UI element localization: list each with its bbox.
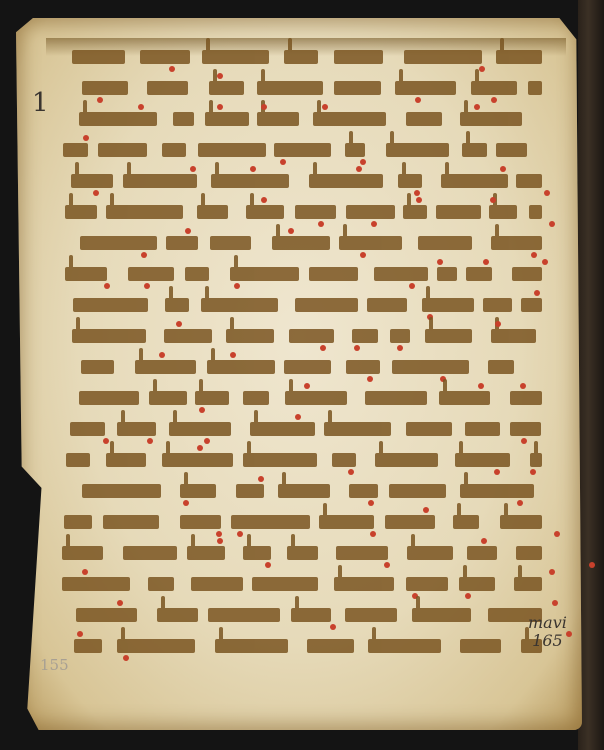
red-dot (370, 531, 376, 537)
red-dot (360, 252, 366, 258)
red-dot (437, 259, 443, 265)
red-dot (230, 352, 236, 358)
kufic-word (205, 112, 249, 126)
kufic-word (81, 360, 115, 374)
text-line (62, 42, 552, 73)
kufic-word (123, 546, 177, 560)
kufic-word (334, 577, 395, 591)
kufic-word (339, 236, 402, 250)
kufic-word (313, 112, 385, 126)
kufic-word (128, 267, 174, 281)
kufic-word (135, 360, 196, 374)
kufic-word (63, 143, 88, 157)
kufic-word (496, 50, 542, 64)
kufic-word (73, 298, 148, 312)
red-dot (304, 383, 310, 389)
kufic-word (395, 81, 456, 95)
red-dot (409, 283, 415, 289)
kufic-word (64, 515, 91, 529)
kufic-word (295, 298, 357, 312)
kufic-word (274, 143, 331, 157)
kufic-word (319, 515, 374, 529)
red-dot (138, 104, 144, 110)
kufic-word (392, 360, 469, 374)
kufic-word (257, 81, 323, 95)
kufic-word (72, 329, 145, 343)
red-dot (397, 345, 403, 351)
text-line (62, 104, 552, 135)
red-dot (147, 438, 153, 444)
kufic-word (173, 112, 194, 126)
pencil-number: 155 (40, 656, 69, 674)
text-line (62, 600, 552, 631)
kufic-word (309, 174, 384, 188)
kufic-word (389, 484, 446, 498)
red-dot (82, 569, 88, 575)
red-dot (495, 321, 501, 327)
red-dot (415, 97, 421, 103)
kufic-word (349, 484, 379, 498)
red-dot (544, 190, 550, 196)
kufic-word (207, 360, 275, 374)
kufic-word (106, 453, 146, 467)
text-line (62, 538, 552, 569)
text-line (62, 290, 552, 321)
kufic-word (345, 143, 366, 157)
kufic-word (195, 391, 229, 405)
kufic-word (123, 174, 197, 188)
kufic-word (521, 298, 542, 312)
kufic-word (148, 577, 174, 591)
kufic-word (291, 608, 331, 622)
kufic-word (512, 267, 542, 281)
kufic-text-block (62, 42, 552, 662)
kufic-word (147, 81, 188, 95)
kufic-word (307, 639, 355, 653)
kufic-word (295, 205, 336, 219)
text-line (62, 414, 552, 445)
kufic-word (324, 422, 391, 436)
red-dot (103, 438, 109, 444)
red-dot (318, 221, 324, 227)
kufic-word (76, 608, 136, 622)
kufic-word (418, 236, 472, 250)
text-line (62, 135, 552, 166)
kufic-word (187, 546, 225, 560)
kufic-word (436, 205, 480, 219)
kufic-word (465, 422, 500, 436)
kufic-word (367, 298, 407, 312)
red-dot (423, 507, 429, 513)
red-dot (354, 345, 360, 351)
kufic-word (488, 360, 514, 374)
kufic-word (412, 608, 471, 622)
kufic-word (211, 174, 289, 188)
kufic-word (510, 422, 540, 436)
kufic-word (510, 391, 542, 405)
kufic-word (491, 329, 537, 343)
kufic-word (398, 174, 423, 188)
book-binding (578, 0, 604, 750)
red-dot (217, 538, 223, 544)
red-dot (216, 531, 222, 537)
text-line (62, 166, 552, 197)
kufic-word (467, 546, 497, 560)
kufic-word (489, 205, 517, 219)
kufic-word (180, 515, 221, 529)
kufic-word (166, 236, 199, 250)
kufic-word (491, 236, 542, 250)
kufic-word (460, 112, 522, 126)
red-dot (416, 197, 422, 203)
text-line (62, 321, 552, 352)
red-dot (483, 259, 489, 265)
red-dot (356, 166, 362, 172)
kufic-word (70, 422, 105, 436)
text-line (62, 569, 552, 600)
kufic-word (202, 50, 269, 64)
kufic-word (462, 143, 487, 157)
kufic-word (375, 453, 438, 467)
kufic-word (529, 205, 542, 219)
kufic-word (471, 81, 517, 95)
red-dot (197, 445, 203, 451)
red-dot (542, 259, 548, 265)
red-dot (237, 531, 243, 537)
text-line (62, 73, 552, 104)
kufic-word (82, 81, 129, 95)
kufic-word (516, 174, 542, 188)
kufic-word (74, 639, 102, 653)
red-dot (474, 104, 480, 110)
kufic-word (441, 174, 508, 188)
kufic-word (180, 484, 217, 498)
kufic-word (332, 453, 356, 467)
shelfmark-label: mavi (528, 614, 567, 632)
red-dot (530, 469, 536, 475)
kufic-word (345, 608, 398, 622)
text-line (62, 352, 552, 383)
kufic-word (285, 391, 347, 405)
kufic-word (404, 50, 482, 64)
text-line (62, 259, 552, 290)
text-line (62, 445, 552, 476)
kufic-word (246, 205, 284, 219)
kufic-word (243, 391, 269, 405)
kufic-word (390, 329, 410, 343)
kufic-word (374, 267, 428, 281)
red-dot (534, 290, 540, 296)
shelfmark-annotation: mavi 165 (528, 614, 567, 650)
red-dot (159, 352, 165, 358)
kufic-word (453, 515, 479, 529)
kufic-word (80, 236, 157, 250)
red-dot (280, 159, 286, 165)
kufic-word (386, 143, 449, 157)
red-dot (490, 197, 496, 203)
kufic-word (385, 515, 436, 529)
kufic-word (215, 639, 287, 653)
kufic-word (185, 267, 208, 281)
kufic-word (79, 112, 157, 126)
red-dot (295, 414, 301, 420)
text-line (62, 228, 552, 259)
red-dot (414, 190, 420, 196)
kufic-word (459, 577, 495, 591)
red-dot (123, 655, 129, 661)
text-line (62, 476, 552, 507)
red-dot (261, 197, 267, 203)
red-dot (330, 624, 336, 630)
red-dot (322, 104, 328, 110)
red-dot (554, 531, 560, 537)
kufic-word (165, 298, 189, 312)
kufic-word (289, 329, 334, 343)
kufic-word (403, 205, 427, 219)
kufic-word (79, 391, 138, 405)
red-dot (204, 438, 210, 444)
red-dot (348, 469, 354, 475)
kufic-word (368, 639, 441, 653)
kufic-word (226, 329, 274, 343)
red-dot (520, 383, 526, 389)
kufic-word (191, 577, 244, 591)
kufic-word (352, 329, 378, 343)
kufic-word (455, 453, 510, 467)
kufic-word (201, 298, 278, 312)
red-dot (169, 66, 175, 72)
red-dot (549, 221, 555, 227)
red-dot (478, 383, 484, 389)
red-dot (93, 190, 99, 196)
red-dot (371, 221, 377, 227)
red-dot (360, 159, 366, 165)
kufic-word (66, 453, 90, 467)
kufic-word (460, 484, 534, 498)
red-dot (97, 97, 103, 103)
kufic-word (230, 267, 299, 281)
kufic-word (162, 453, 232, 467)
kufic-word (169, 422, 231, 436)
red-dot (491, 97, 497, 103)
kufic-word (309, 267, 358, 281)
kufic-word (252, 577, 318, 591)
kufic-word (334, 50, 383, 64)
red-dot (384, 562, 390, 568)
red-dot (190, 166, 196, 172)
red-dot (217, 104, 223, 110)
kufic-word (72, 50, 126, 64)
kufic-word (437, 267, 457, 281)
kufic-word (65, 205, 97, 219)
red-dot (465, 593, 471, 599)
red-dot (367, 376, 373, 382)
red-dot (185, 228, 191, 234)
red-dot (144, 283, 150, 289)
kufic-word (287, 546, 318, 560)
kufic-word (406, 422, 452, 436)
kufic-word (98, 143, 148, 157)
kufic-word (406, 577, 448, 591)
kufic-word (496, 143, 527, 157)
kufic-word (516, 546, 542, 560)
text-line (62, 383, 552, 414)
kufic-word (210, 236, 251, 250)
kufic-word (406, 112, 442, 126)
red-dot (552, 600, 558, 606)
red-dot (368, 500, 374, 506)
kufic-word (208, 608, 280, 622)
kufic-word (460, 639, 501, 653)
kufic-word (257, 112, 299, 126)
red-dot (176, 321, 182, 327)
kufic-word (157, 608, 198, 622)
red-dot (494, 469, 500, 475)
kufic-word (422, 298, 474, 312)
red-dot (320, 345, 326, 351)
kufic-word (103, 515, 158, 529)
red-dot (104, 283, 110, 289)
kufic-word (236, 484, 264, 498)
kufic-word (71, 174, 114, 188)
text-line (62, 197, 552, 228)
kufic-word (466, 267, 491, 281)
kufic-word (528, 81, 542, 95)
red-dot (183, 500, 189, 506)
kufic-word (514, 577, 542, 591)
kufic-word (209, 81, 243, 95)
red-dot (250, 166, 256, 172)
kufic-word (106, 205, 184, 219)
red-dot (265, 562, 271, 568)
kufic-word (272, 236, 329, 250)
red-dot (141, 252, 147, 258)
red-dot (258, 476, 264, 482)
red-dot (521, 438, 527, 444)
red-dot (217, 73, 223, 79)
kufic-word (346, 205, 395, 219)
kufic-word (500, 515, 542, 529)
kufic-word (62, 546, 103, 560)
kufic-word (284, 360, 331, 374)
kufic-word (164, 329, 212, 343)
kufic-word (243, 453, 318, 467)
kufic-word (117, 422, 156, 436)
kufic-word (365, 391, 427, 405)
kufic-word (65, 267, 108, 281)
text-line (62, 631, 552, 662)
kufic-word (530, 453, 542, 467)
kufic-word (336, 546, 388, 560)
kufic-word (117, 639, 194, 653)
kufic-word (197, 205, 228, 219)
kufic-word (62, 577, 129, 591)
red-dot (83, 135, 89, 141)
red-dot (261, 104, 267, 110)
red-dot (531, 252, 537, 258)
kufic-word (278, 484, 330, 498)
red-dot (199, 407, 205, 413)
red-dot (479, 66, 485, 72)
kufic-word (82, 484, 161, 498)
kufic-word (407, 546, 452, 560)
kufic-word (231, 515, 309, 529)
kufic-word (425, 329, 472, 343)
red-dot (517, 500, 523, 506)
kufic-word (243, 546, 271, 560)
kufic-word (149, 391, 187, 405)
red-dot (481, 538, 487, 544)
kufic-word (284, 50, 318, 64)
folio-number: 1 (32, 88, 49, 118)
kufic-word (346, 360, 380, 374)
kufic-word (162, 143, 186, 157)
red-dot (288, 228, 294, 234)
red-dot (234, 283, 240, 289)
red-dot (500, 166, 506, 172)
kufic-word (198, 143, 265, 157)
kufic-word (250, 422, 315, 436)
shelfmark-number: 165 (528, 632, 567, 650)
text-line (62, 507, 552, 538)
kufic-word (140, 50, 190, 64)
red-dot (117, 600, 123, 606)
kufic-word (483, 298, 512, 312)
red-dot (77, 631, 83, 637)
kufic-word (334, 81, 381, 95)
kufic-word (439, 391, 489, 405)
